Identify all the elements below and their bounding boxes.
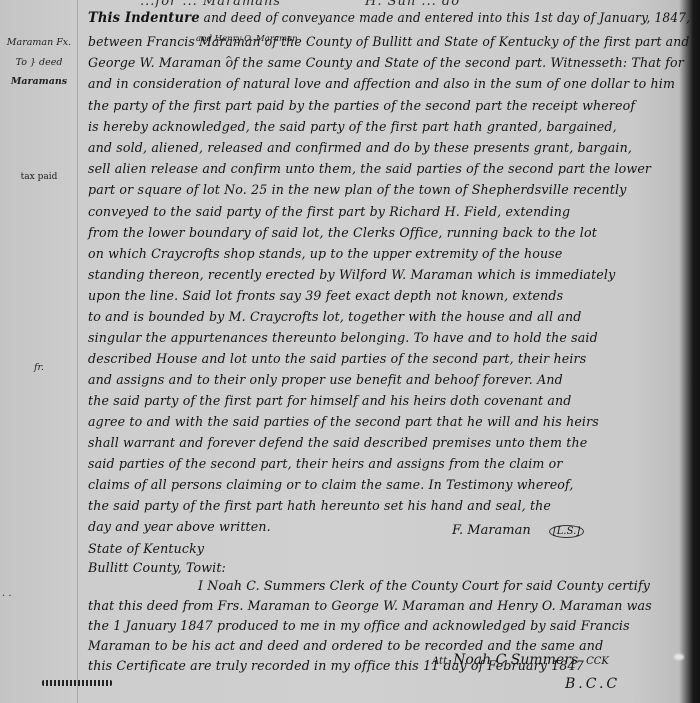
deed-line: the said party of the first part for him…	[88, 395, 571, 408]
deed-line: standing thereon, recently erected by Wi…	[88, 269, 615, 282]
certificate-line: I Noah C. Summers Clerk of the County Co…	[198, 580, 650, 593]
margin-dots: · ·	[2, 591, 12, 602]
grantor-name: F. Maraman	[452, 523, 531, 538]
deed-line: day and year above written.	[88, 521, 271, 534]
certificate-line: Maraman to be his act and deed and order…	[88, 640, 603, 653]
deed-line: upon the line. Said lot fronts say 39 fe…	[88, 290, 563, 303]
deed-line: sell alien release and confirm unto them…	[88, 163, 651, 176]
deed-line: the party of the first part paid by the …	[88, 100, 635, 113]
clerk-initials: B.C.C	[565, 676, 620, 692]
deed-line: described House and lot unto the said pa…	[88, 353, 586, 366]
deed-line: George W. Maraman of the same County and…	[88, 57, 684, 70]
seal-mark: [L.S.]	[549, 525, 584, 538]
clerk-title: CCK	[586, 656, 609, 667]
margin-note-grantees: Maramans	[6, 76, 72, 87]
clerk-name: Noah C Summers	[453, 652, 578, 668]
deed-line: claims of all persons claiming or to cla…	[88, 479, 574, 492]
deed-line: and in consideration of natural love and…	[88, 78, 675, 91]
deed-page-scan: ...for ... Maramans H. Sun ... do Marama…	[0, 0, 700, 703]
certificate-line: the 1 January 1847 produced to me in my …	[88, 620, 630, 633]
deed-line: the said party of the first part hath he…	[88, 500, 551, 513]
certificate-state: State of Kentucky	[88, 543, 204, 556]
deed-line: on which Craycrofts shop stands, up to t…	[88, 248, 562, 261]
deed-line: said parties of the second part, their h…	[88, 458, 563, 471]
top-strip-text: ...for ... Maramans H. Sun ... do	[140, 0, 281, 9]
attest-label: Att	[432, 656, 447, 667]
deed-line: part or square of lot No. 25 in the new …	[88, 184, 626, 197]
deed-line: between Francis Maraman of the County of…	[88, 36, 689, 49]
deed-line: conveyed to the said party of the first …	[88, 206, 570, 219]
margin-rule	[77, 0, 78, 703]
deed-line: is hereby acknowledged, the said party o…	[88, 121, 617, 134]
certificate-line: that this deed from Frs. Maraman to Geor…	[88, 600, 652, 613]
deed-line: shall warrant and forever defend the sai…	[88, 437, 587, 450]
margin-squiggle-mark	[42, 680, 112, 686]
margin-note-fee: fr.	[6, 362, 72, 373]
deed-line: to and is bounded by M. Craycrofts lot, …	[88, 311, 581, 324]
deed-line: agree to and with the said parties of th…	[88, 416, 599, 429]
deed-line: singular the appurtenances thereunto bel…	[88, 332, 598, 345]
deed-line-1: This Indenture and deed of conveyance ma…	[88, 11, 690, 25]
grantor-signature: F. Maraman [L.S.]	[452, 523, 584, 538]
margin-note-to-deed: To } deed	[6, 57, 72, 68]
clerk-signature: AttNoah C SummersCCK	[432, 652, 609, 668]
margin-note-tax-paid: tax paid	[6, 172, 72, 182]
paper-smudge	[674, 654, 684, 660]
deed-line: from the lower boundary of said lot, the…	[88, 227, 597, 240]
top-strip-left: ...for ... Maramans	[140, 0, 281, 9]
deed-line: and sold, aliened, released and confirme…	[88, 142, 632, 155]
deed-heading: This Indenture	[88, 10, 200, 26]
certificate-county: Bullitt County, Towit:	[88, 562, 226, 575]
margin-note-grantor: Maraman Fx.	[6, 37, 72, 48]
deed-line: and assigns and to their only proper use…	[88, 374, 563, 387]
top-strip-right: H. Sun ... do	[365, 0, 460, 9]
